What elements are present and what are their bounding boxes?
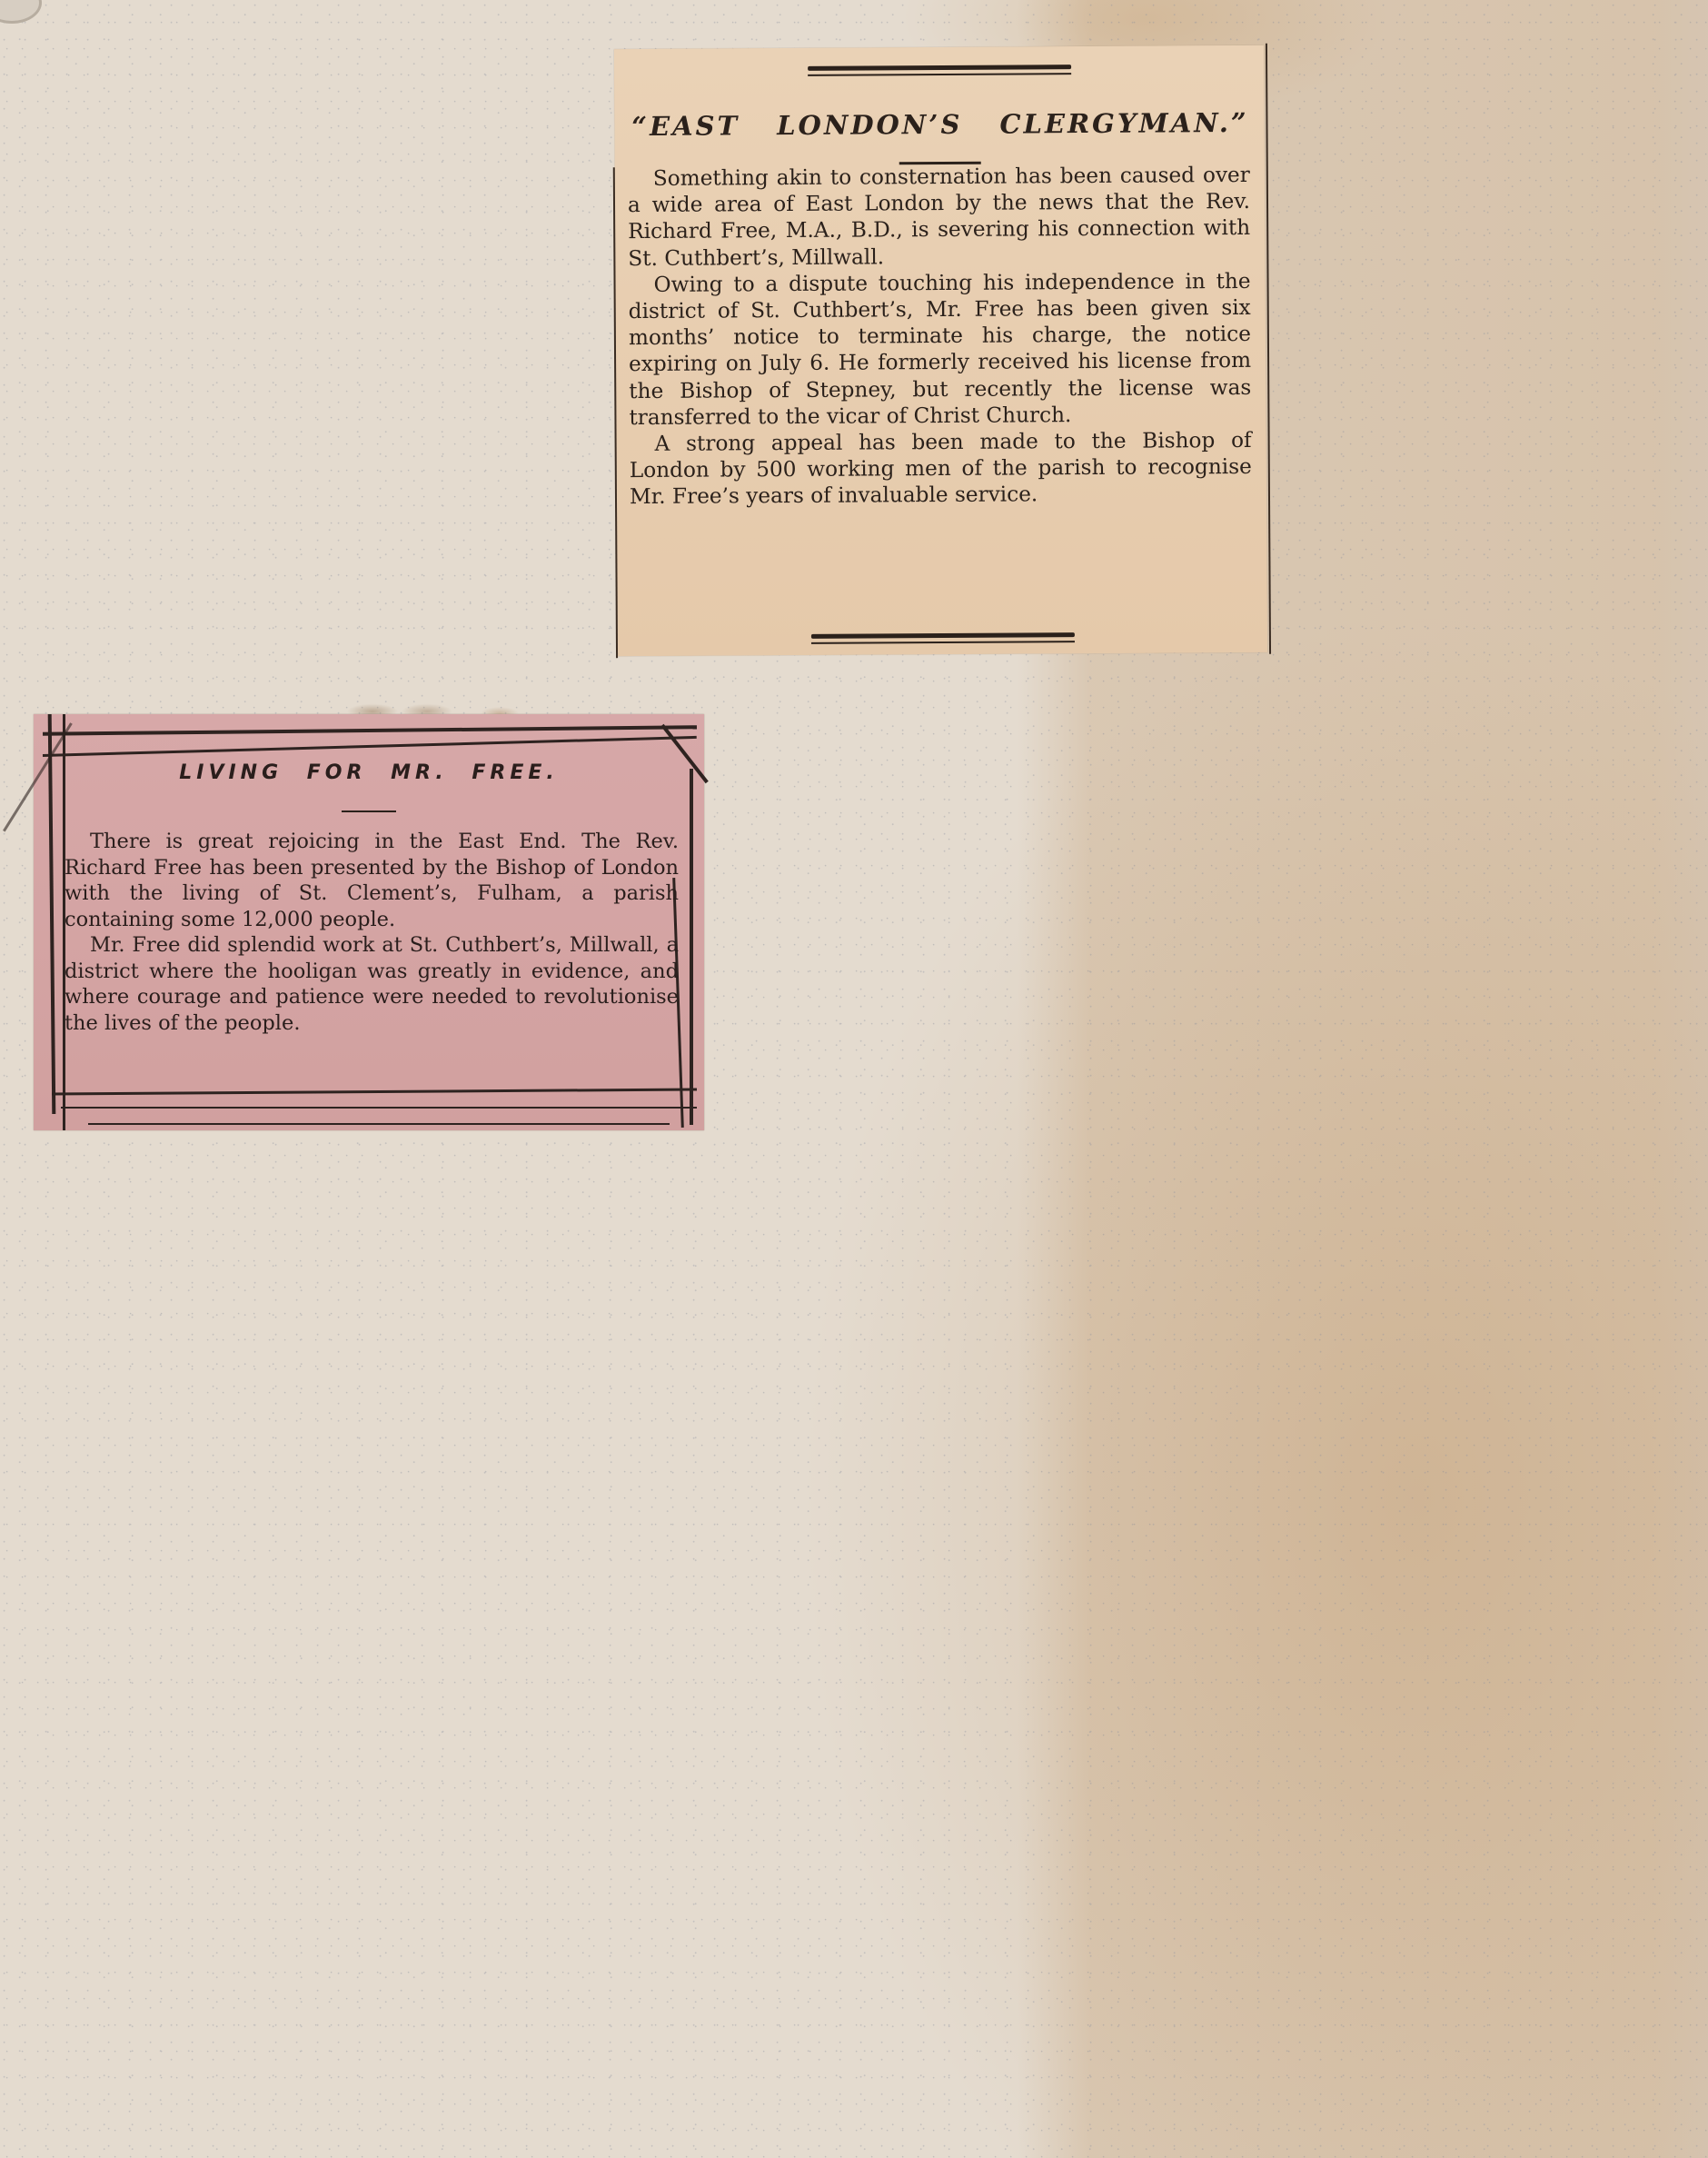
frame-line [52,1089,697,1096]
clipping-headline: “EAST LONDON’S CLERGYMAN.” [629,107,1251,142]
clipping-living-for-mr-free: LIVING FOR MR. FREE. There is great rejo… [34,714,704,1130]
frame-line [43,725,697,736]
torn-paper-mark [345,695,654,715]
clipping-body: There is great rejoicing in the East End… [65,829,679,1036]
frame-line [88,1123,670,1125]
paragraph: A strong appeal has been made to the Bis… [630,427,1253,511]
frame-line [43,736,697,757]
paragraph: Owing to a dispute touching his independ… [628,268,1251,431]
paragraph: There is great rejoicing in the East End… [65,829,679,932]
clipping-body: Something akin to consternation has been… [628,162,1252,511]
scrapbook-page: “EAST LONDON’S CLERGYMAN.” Something aki… [0,0,1708,2158]
headline-rule [34,801,704,829]
paragraph: Mr. Free did splendid work at St. Cuthbe… [65,932,679,1036]
clipping-headline: LIVING FOR MR. FREE. [34,761,704,784]
clipping-east-londons-clergyman: “EAST LONDON’S CLERGYMAN.” Something aki… [614,45,1267,656]
bottom-double-rule [618,631,1267,645]
top-double-rule [614,64,1264,77]
frame-line [61,1107,697,1109]
paragraph: Something akin to consternation has been… [628,162,1251,272]
